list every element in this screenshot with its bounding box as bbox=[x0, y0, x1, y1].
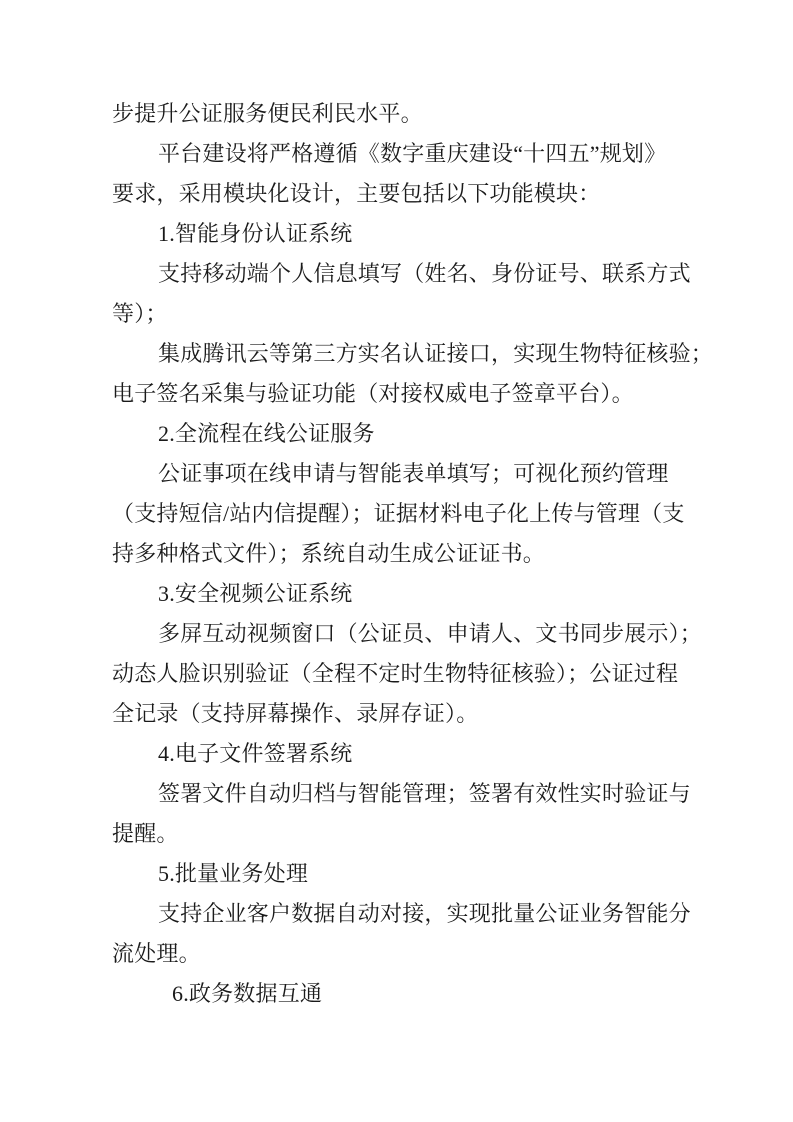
document-body: 步提升公证服务便民利民水平。 平台建设将严格遵循《数字重庆建设“十四五”规划》 … bbox=[112, 94, 712, 1014]
doc-line: （支持短信/站内信提醒）；证据材料电子化上传与管理（支 bbox=[112, 494, 712, 534]
doc-line: 1.智能身份认证系统 bbox=[112, 214, 712, 254]
doc-line: 持多种格式文件）；系统自动生成公证证书。 bbox=[112, 534, 712, 574]
doc-line: 2.全流程在线公证服务 bbox=[112, 414, 712, 454]
doc-line: 集成腾讯云等第三方实名认证接口，实现生物特征核验； bbox=[112, 334, 712, 374]
doc-line: 5.批量业务处理 bbox=[112, 854, 712, 894]
document-page: 步提升公证服务便民利民水平。 平台建设将严格遵循《数字重庆建设“十四五”规划》 … bbox=[0, 0, 793, 1122]
doc-line: 步提升公证服务便民利民水平。 bbox=[112, 94, 712, 134]
doc-line: 多屏互动视频窗口（公证员、申请人、文书同步展示）； bbox=[112, 614, 712, 654]
doc-line: 流处理。 bbox=[112, 934, 712, 974]
doc-line: 全记录（支持屏幕操作、录屏存证）。 bbox=[112, 694, 712, 734]
doc-line: 支持企业客户数据自动对接，实现批量公证业务智能分 bbox=[112, 894, 712, 934]
doc-line: 6.政务数据互通 bbox=[112, 974, 712, 1014]
doc-line: 提醒。 bbox=[112, 814, 712, 854]
doc-line: 要求，采用模块化设计，主要包括以下功能模块： bbox=[112, 174, 712, 214]
doc-line: 4.电子文件签署系统 bbox=[112, 734, 712, 774]
doc-line: 动态人脸识别验证（全程不定时生物特征核验）；公证过程 bbox=[112, 654, 712, 694]
doc-line: 支持移动端个人信息填写（姓名、身份证号、联系方式 bbox=[112, 254, 712, 294]
doc-line: 公证事项在线申请与智能表单填写；可视化预约管理 bbox=[112, 454, 712, 494]
doc-line: 3.安全视频公证系统 bbox=[112, 574, 712, 614]
doc-line: 签署文件自动归档与智能管理；签署有效性实时验证与 bbox=[112, 774, 712, 814]
doc-line: 平台建设将严格遵循《数字重庆建设“十四五”规划》 bbox=[112, 134, 712, 174]
doc-line: 电子签名采集与验证功能（对接权威电子签章平台）。 bbox=[112, 374, 712, 414]
doc-line: 等）； bbox=[112, 294, 712, 334]
